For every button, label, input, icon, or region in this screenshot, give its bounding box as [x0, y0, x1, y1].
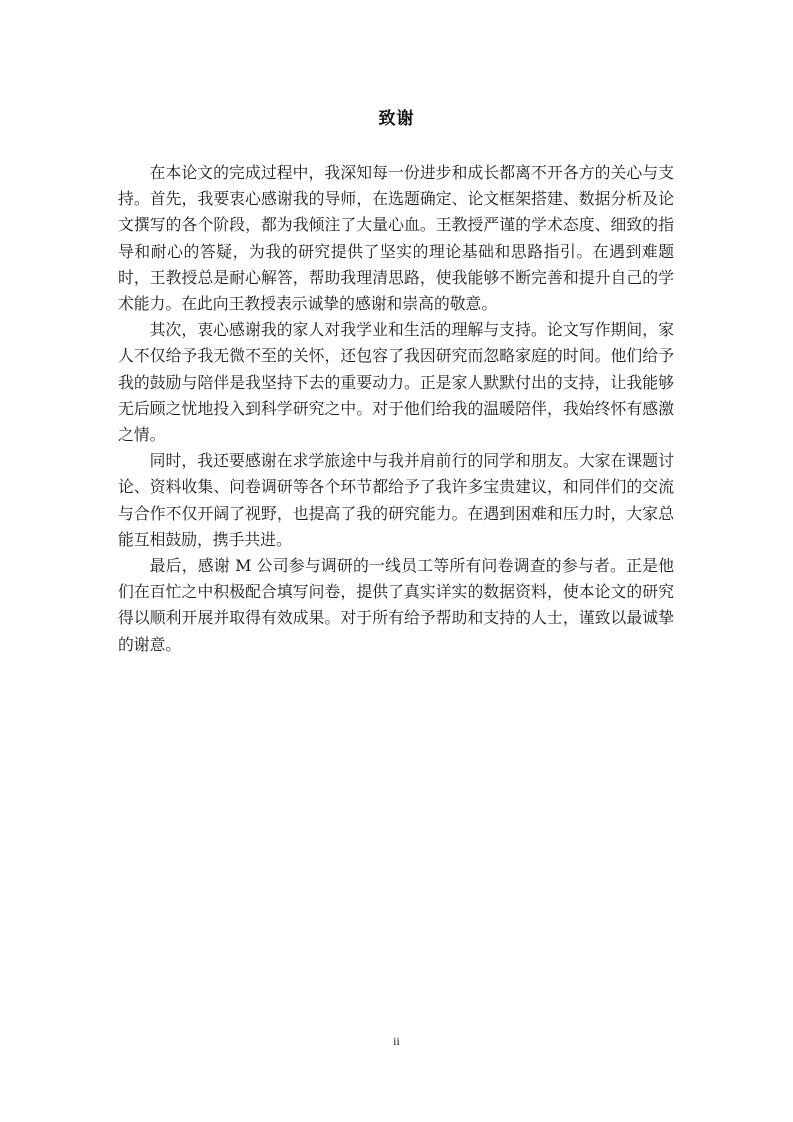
- page-number: ii: [0, 1034, 793, 1049]
- page-title: 致谢: [0, 104, 793, 129]
- paragraph-family: 其次，衷心感谢我的家人对我学业和生活的理解与支持。论文写作期间，家人不仅给予我无…: [118, 317, 674, 448]
- acknowledgement-body: 在本论文的完成过程中，我深知每一份进步和成长都离不开各方的关心与支持。首先，我要…: [118, 160, 674, 658]
- paragraph-classmates: 同时，我还要感谢在求学旅途中与我并肩前行的同学和朋友。大家在课题讨论、资料收集、…: [118, 448, 674, 553]
- document-page: 致谢 在本论文的完成过程中，我深知每一份进步和成长都离不开各方的关心与支持。首先…: [0, 0, 793, 1122]
- paragraph-participants: 最后，感谢 M 公司参与调研的一线员工等所有问卷调查的参与者。正是他们在百忙之中…: [118, 553, 674, 658]
- paragraph-advisor: 在本论文的完成过程中，我深知每一份进步和成长都离不开各方的关心与支持。首先，我要…: [118, 160, 674, 317]
